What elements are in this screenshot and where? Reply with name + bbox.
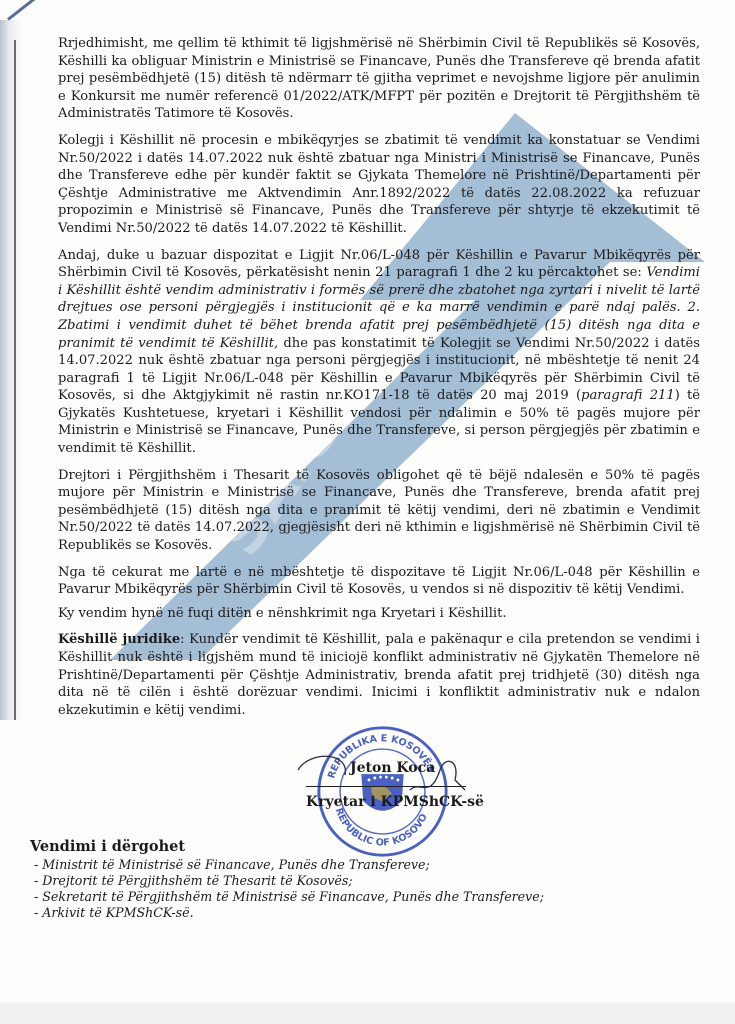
paragraph-1: Rrjedhimisht, me qellim të kthimit të li… [58, 35, 700, 123]
recipient-item: Ministrit të Ministrisë së Financave, Pu… [34, 857, 544, 873]
recipient-item: Sekretarit të Përgjithshëm të Ministrisë… [34, 889, 544, 905]
recipient-item: Arkivit të KPMShCK-së. [34, 905, 544, 921]
legal-advice: Këshillë juridike: Kundër vendimit të Kë… [58, 631, 700, 719]
page-edge-line [14, 40, 16, 720]
paragraph-ref: paragrafi 211 [581, 388, 675, 403]
recipients-list: Ministrit të Ministrisë së Financave, Pu… [30, 857, 544, 921]
paragraph-4: Drejtori i Përgjithshëm i Thesarit të Ko… [58, 467, 700, 555]
page-edge-shadow [0, 20, 22, 720]
legal-advice-label: Këshillë juridike [58, 632, 180, 647]
document-body: Rrjedhimisht, me qellim të kthimit të li… [58, 35, 700, 728]
page-corner-fold [7, 0, 56, 21]
recipient-item: Drejtorit të Përgjithshëm të Thesarit të… [34, 873, 544, 889]
handwritten-signature-icon [290, 750, 490, 810]
bottom-bar [0, 1003, 735, 1024]
paragraph-3: Andaj, duke u bazuar dispozitat e Ligjit… [58, 247, 700, 458]
paragraph-2: Kolegji i Këshillit në procesin e mbikëq… [58, 132, 700, 238]
paragraph-5: Nga të cekurat me lartë e në mbështetje … [58, 564, 700, 599]
signature-block: REPUBLIKA E KOSOVËS REPUBLIC OF KOSOVO J… [290, 742, 490, 852]
svg-text:REPUBLIC OF KOSOVO: REPUBLIC OF KOSOVO [333, 807, 430, 849]
document-page: SAIG Rrjedhimisht, me qellim të kthimit … [0, 0, 735, 1003]
paragraph-6: Ky vendim hynë në fuqi ditën e nënshkrim… [58, 605, 700, 623]
